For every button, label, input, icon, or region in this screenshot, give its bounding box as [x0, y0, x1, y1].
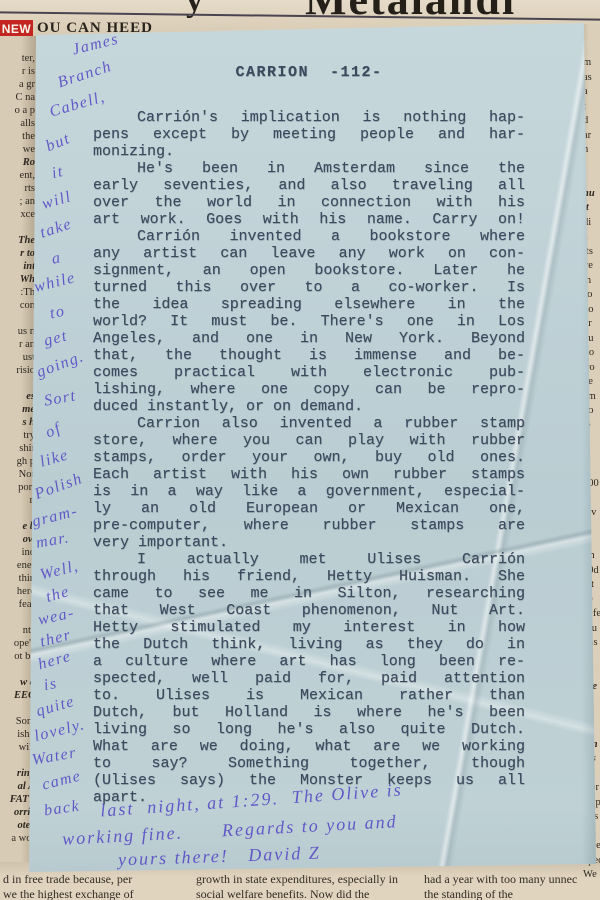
newsprint-fragment: ener: [0, 559, 35, 572]
typed-line: Carrión's implication is nothing hap-: [93, 109, 525, 126]
newsprint-fragment: herc: [0, 585, 35, 598]
newsprint-fragment: [0, 611, 35, 624]
newsprint-fragment: the: [0, 130, 35, 143]
newsprint-fragment: [0, 377, 35, 390]
typed-line: I actually met Ulises Carrión: [93, 551, 525, 568]
newspaper-bottom-column-1: d in free trade because, perwe the highe…: [3, 872, 189, 900]
newsprint-fragment: will: [0, 741, 35, 754]
typed-line: over the world in connection with his: [93, 194, 525, 211]
typed-line: Hetty stimulated my interest in how: [93, 619, 525, 636]
newsprint-fragment: r is: [0, 65, 35, 78]
typed-line: to say? Something together, though: [93, 755, 525, 772]
newsprint-fragment: Nor: [0, 468, 35, 481]
newsprint-line: social welfare benefits. Now did the: [196, 887, 422, 900]
page-title: CARRION -112-: [93, 64, 525, 81]
newsprint-fragment: ish t: [0, 728, 35, 741]
typed-line: stamps, order your own, buy old ones.: [93, 449, 525, 466]
newsprint-fragment: d: [583, 114, 600, 129]
typed-line: store, where you can play with rubber: [93, 432, 525, 449]
typed-line: is in a way like a government, especial-: [93, 483, 525, 500]
typed-line: comes practical with electronic pub-: [93, 364, 525, 381]
newsprint-fragment: ot be: [0, 650, 35, 663]
newsprint-fragment: thin: [0, 572, 35, 585]
newsprint-line: growth in state expenditures, especially…: [196, 872, 422, 887]
typed-line: pens except by meeting people and har-: [93, 126, 525, 143]
typed-line: spected, well paid for, paid attention: [93, 670, 525, 687]
typed-line: any artist can leave any work on con-: [93, 245, 525, 262]
typed-body: Carrión's implication is nothing hap-pen…: [93, 109, 525, 806]
typed-line: that, the thought is immense and be-: [93, 347, 525, 364]
typed-line: to. Ulises is Mexican rather than: [93, 687, 525, 704]
typed-line: early seventies, and also traveling all: [93, 177, 525, 194]
newsprint-line: had a year with too many unnec: [424, 872, 600, 887]
newsprint-fragment: [0, 702, 35, 715]
newsprint-fragment: [0, 221, 35, 234]
newspaper-bottom-column-3: had a year with too many unnecthe standi…: [424, 872, 600, 900]
typed-line: lishing, where one copy can be repro-: [93, 381, 525, 398]
typed-line: monizing.: [93, 143, 525, 160]
typed-line: duced instantly, or on demand.: [93, 398, 525, 415]
newsprint-line: d in free trade because, per: [3, 872, 189, 887]
newsprint-fragment: Som: [0, 715, 35, 728]
newspaper-headline-fragment-small: y: [186, 0, 203, 20]
newsprint-fragment: fear: [0, 598, 35, 611]
newsprint-fragment: int: [0, 260, 35, 273]
newsprint-fragment: a: [583, 85, 600, 100]
newsprint-fragment: [0, 754, 35, 767]
newspaper-bottom-column-2: growth in state expenditures, especially…: [196, 872, 422, 900]
newsprint-fragment: EEC: [0, 689, 35, 702]
newsprint-fragment: gh p: [0, 455, 35, 468]
newsprint-fragment: we: [0, 143, 35, 156]
newsprint-fragment: o a p: [0, 104, 35, 117]
newsprint-fragment: con: [0, 299, 35, 312]
newsprint-fragment: ring: [0, 767, 35, 780]
newsprint-fragment: t: [583, 100, 600, 115]
typed-line: He's been in Amsterdam since the: [93, 160, 525, 177]
typed-line: ly an old European or Mexican one,: [93, 500, 525, 517]
typed-line: living so long he's also quite Dutch.: [93, 721, 525, 738]
newsprint-line: we the highest exchange of: [3, 887, 189, 900]
newsprint-fragment: a gr: [0, 78, 35, 91]
typed-line: Angeles, and one in New York. Beyond: [93, 330, 525, 347]
typed-line: came to see me in Silton, researching: [93, 585, 525, 602]
typed-line: What are we doing, what are we working: [93, 738, 525, 755]
typed-line: pre-computer, where rubber stamps are: [93, 517, 525, 534]
newsprint-fragment: es: [0, 390, 35, 403]
typed-line: the Dutch think, living as they do in: [93, 636, 525, 653]
newsprint-fragment: ter,: [0, 52, 35, 65]
typed-line: world? It must be. There's one in Los: [93, 313, 525, 330]
newsprint-fragment: ope's: [0, 637, 35, 650]
newsprint-fragment: [0, 663, 35, 676]
newsprint-fragment: rts: [0, 182, 35, 195]
newsprint-fragment: r an: [0, 338, 35, 351]
newsprint-fragment: w d: [0, 676, 35, 689]
newsprint-fragment: m: [583, 56, 600, 71]
newsprint-fragment: r.: [0, 494, 35, 507]
typed-line: that West Coast phenomenon, Nut Art.: [93, 602, 525, 619]
newspaper-headline-fragment-large: Metalandi: [305, 0, 516, 25]
newsprint-fragment: try: [0, 429, 35, 442]
typed-line: Carrión invented a bookstore where: [93, 228, 525, 245]
typed-line: Carrion also invented a rubber stamp: [93, 415, 525, 432]
typed-line: a culture where art has long been re-: [93, 653, 525, 670]
newspaper-left-column-fragments: ter,r isa grC nao a palls the weRoent,rt…: [0, 52, 35, 858]
typed-text: CARRION -112- Carrión's implication is n…: [93, 64, 525, 806]
typed-line: turned this over to a co-worker. Is: [93, 279, 525, 296]
newsprint-fragment: me: [0, 403, 35, 416]
newsprint-fragment: ent,: [0, 169, 35, 182]
typed-line: signment, an open bookstore. Later he: [93, 262, 525, 279]
newsprint-fragment: alls: [0, 117, 35, 130]
newsprint-fragment: s h: [0, 416, 35, 429]
newsprint-fragment: shir: [0, 442, 35, 455]
newsprint-fragment: port: [0, 481, 35, 494]
newsprint-fragment: The: [0, 234, 35, 247]
newsprint-fragment: us n: [0, 325, 35, 338]
newsprint-fragment: [0, 312, 35, 325]
newsprint-fragment: Ro: [0, 156, 35, 169]
newsprint-fragment: nts: [0, 624, 35, 637]
newsprint-fragment: ust: [0, 351, 35, 364]
newsprint-fragment: risio: [0, 364, 35, 377]
newsprint-fragment: as: [583, 71, 600, 86]
photographed-letter: y Metalandi NEW OU CAN HEED ter,r isa gr…: [0, 0, 600, 900]
newsprint-fragment: ; an: [0, 195, 35, 208]
newsprint-fragment: C na: [0, 91, 35, 104]
typed-line: the idea spreading elsewhere in the: [93, 296, 525, 313]
newsprint-fragment: xce: [0, 208, 35, 221]
newsprint-fragment: ow: [0, 533, 35, 546]
newsprint-fragment: r to: [0, 247, 35, 260]
typed-line: Dutch, but Holland is where he's been: [93, 704, 525, 721]
typed-line: art work. Goes with his name. Carry on!: [93, 211, 525, 228]
typed-line: very important.: [93, 534, 525, 551]
newsprint-fragment: e b: [0, 520, 35, 533]
typed-line: Each artist with his own rubber stamps: [93, 466, 525, 483]
handwritten-note: is: [43, 675, 60, 695]
newsprint-line: the standing of the: [424, 887, 600, 900]
newsprint-fragment: :Th: [0, 286, 35, 299]
typed-line: through his friend, Hetty Huisman. She: [93, 568, 525, 585]
newsprint-fragment: Wh: [0, 273, 35, 286]
newsprint-fragment: ind: [0, 546, 35, 559]
